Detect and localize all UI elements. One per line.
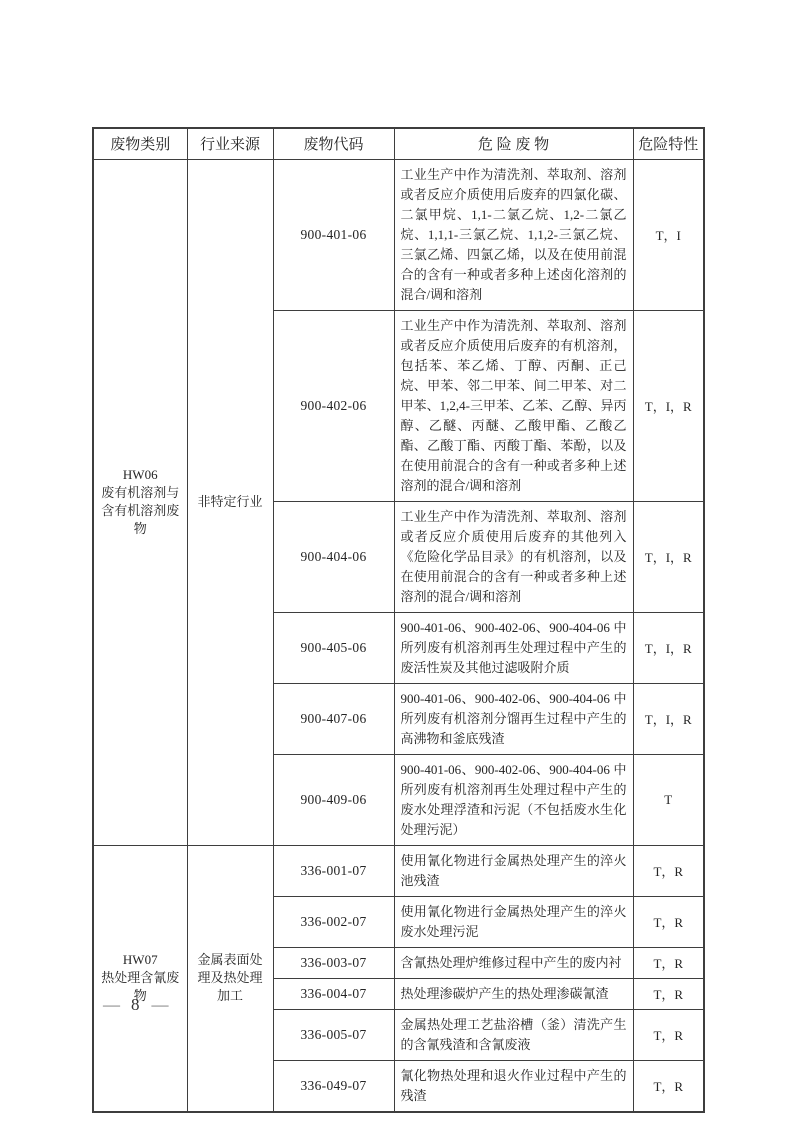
category-code: HW07 [95, 951, 186, 969]
hazard-desc-cell: 工业生产中作为清洗剂、萃取剂、溶剂或者反应介质使用后废弃的四氯化碳、二氯甲烷、1… [394, 159, 633, 310]
industry-cell: 金属表面处理及热处理加工 [187, 845, 273, 1112]
table-header-row: 废物类别 行业来源 废物代码 危 险 废 物 危险特性 [93, 128, 704, 159]
header-waste-code: 废物代码 [273, 128, 394, 159]
waste-code-cell: 900-404-06 [273, 501, 394, 612]
industry-cell: 非特定行业 [187, 159, 273, 845]
hazard-desc-cell: 金属热处理工艺盐浴槽（釜）清洗产生的含氰残渣和含氰废液 [394, 1009, 633, 1060]
hazard-traits-cell: T，I，R [633, 501, 704, 612]
hazard-traits-cell: T [633, 754, 704, 845]
hazard-traits-cell: T，I，R [633, 683, 704, 754]
hazard-traits-cell: T，R [633, 947, 704, 978]
hazard-desc-cell: 使用氰化物进行金属热处理产生的淬火废水处理污泥 [394, 896, 633, 947]
category-code: HW06 [95, 466, 186, 484]
hazard-desc-cell: 含氰热处理炉维修过程中产生的废内衬 [394, 947, 633, 978]
header-industry-source: 行业来源 [187, 128, 273, 159]
hazard-traits-cell: T，I [633, 159, 704, 310]
hazard-traits-cell: T，R [633, 1060, 704, 1112]
hazard-desc-cell: 900-401-06、900-402-06、900-404-06 中所列废有机溶… [394, 754, 633, 845]
table-row: HW06 废有机溶剂与含有机溶剂废物 非特定行业 900-401-06 工业生产… [93, 159, 704, 310]
document-page: 废物类别 行业来源 废物代码 危 险 废 物 危险特性 HW06 废有机溶剂与含… [0, 0, 794, 1123]
page-number: 8 [131, 995, 140, 1015]
waste-code-cell: 336-001-07 [273, 845, 394, 896]
table-row: HW07 热处理含氰废物 金属表面处理及热处理加工 336-001-07 使用氰… [93, 845, 704, 896]
hazard-desc-cell: 使用氰化物进行金属热处理产生的淬火池残渣 [394, 845, 633, 896]
hazard-desc-cell: 热处理渗碳炉产生的热处理渗碳氰渣 [394, 978, 633, 1009]
hazard-traits-cell: T，R [633, 845, 704, 896]
header-hazard-traits: 危险特性 [633, 128, 704, 159]
hazard-traits-cell: T，R [633, 978, 704, 1009]
waste-code-cell: 336-005-07 [273, 1009, 394, 1060]
hazard-traits-cell: T，I，R [633, 310, 704, 501]
hazard-traits-cell: T，R [633, 1009, 704, 1060]
footer-dash-right: — [152, 995, 168, 1015]
waste-code-cell: 336-004-07 [273, 978, 394, 1009]
waste-code-cell: 336-002-07 [273, 896, 394, 947]
hazard-desc-cell: 900-401-06、900-402-06、900-404-06 中所列废有机溶… [394, 683, 633, 754]
waste-code-cell: 900-405-06 [273, 612, 394, 683]
category-cell: HW07 热处理含氰废物 [93, 845, 187, 1112]
category-name: 废有机溶剂与含有机溶剂废物 [95, 484, 186, 538]
hazard-traits-cell: T，I，R [633, 612, 704, 683]
hazard-desc-cell: 工业生产中作为清洗剂、萃取剂、溶剂或者反应介质使用后废弃的有机溶剂，包括苯、苯乙… [394, 310, 633, 501]
header-waste-category: 废物类别 [93, 128, 187, 159]
page-footer: — 8 — [103, 995, 168, 1015]
hazard-traits-cell: T，R [633, 896, 704, 947]
footer-dash-left: — [103, 995, 119, 1015]
waste-code-cell: 900-402-06 [273, 310, 394, 501]
waste-code-cell: 900-401-06 [273, 159, 394, 310]
hazardous-waste-table: 废物类别 行业来源 废物代码 危 险 废 物 危险特性 HW06 废有机溶剂与含… [92, 127, 705, 1113]
hazard-desc-cell: 900-401-06、900-402-06、900-404-06 中所列废有机溶… [394, 612, 633, 683]
category-cell: HW06 废有机溶剂与含有机溶剂废物 [93, 159, 187, 845]
hazard-desc-cell: 氰化物热处理和退火作业过程中产生的残渣 [394, 1060, 633, 1112]
waste-code-cell: 336-003-07 [273, 947, 394, 978]
header-hazardous-waste: 危 险 废 物 [394, 128, 633, 159]
waste-code-cell: 900-407-06 [273, 683, 394, 754]
waste-code-cell: 336-049-07 [273, 1060, 394, 1112]
waste-code-cell: 900-409-06 [273, 754, 394, 845]
hazard-desc-cell: 工业生产中作为清洗剂、萃取剂、溶剂或者反应介质使用后废弃的其他列入《危险化学品目… [394, 501, 633, 612]
